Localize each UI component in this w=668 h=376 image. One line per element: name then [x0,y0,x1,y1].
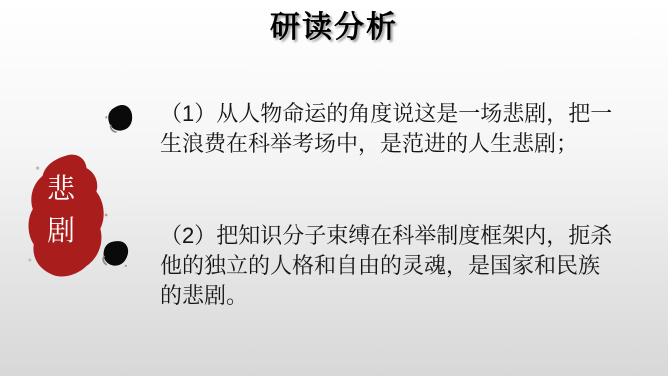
seal-text: 悲剧 [47,168,75,252]
bullet-text-1: （1）从人物命运的角度说这是一场悲剧，把一 生浪费在科举考场中，是范进的人生悲剧… [160,99,652,159]
bullet-text-2: （2）把知识分子束缚在科举制度框架内，扼杀 他的独立的人格和自由的灵魂，是国家和… [160,221,652,311]
ink-dot-bullet-icon [102,101,138,137]
presentation-slide: 研读分析 悲剧 （1）从人物命运的角度说这是一场悲剧，把一 生浪费在科举考场中，… [0,0,668,376]
slide-title: 研读分析 [0,2,668,46]
